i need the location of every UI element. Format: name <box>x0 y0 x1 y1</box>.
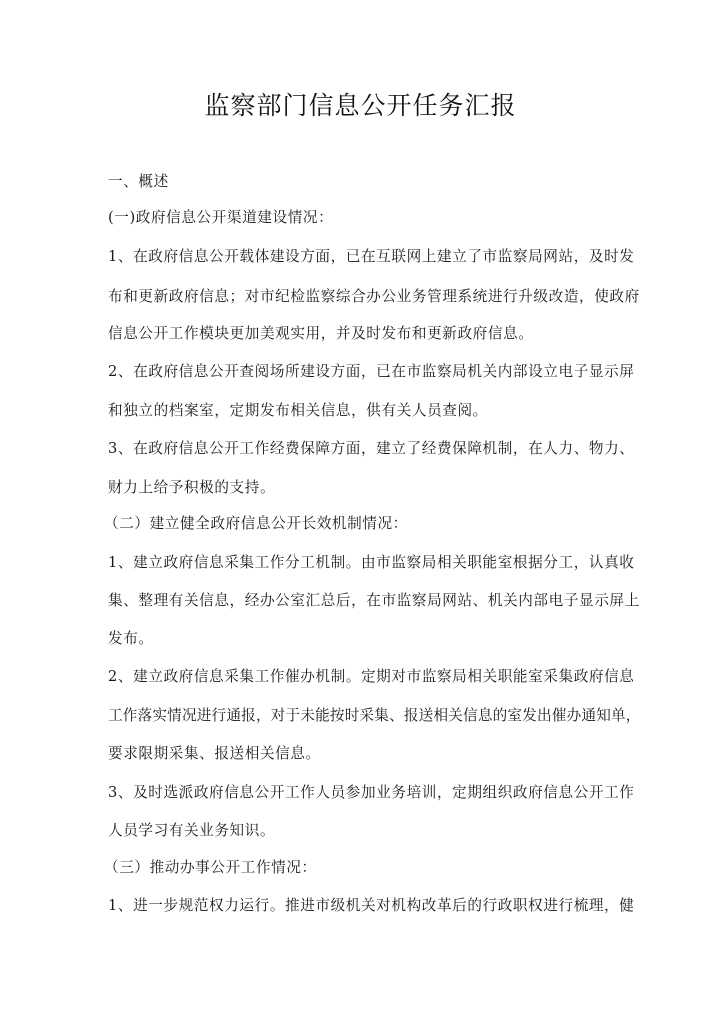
paragraph-line: 工作落实情况进行通报，对于未能按时采集、报送相关信息的室发出催办通知单， <box>108 706 620 726</box>
paragraph-line: 人员学习有关业务知识。 <box>108 821 620 841</box>
paragraph-line: 1、在政府信息公开载体建设方面，已在互联网上建立了市监察局网站，及时发 <box>108 247 620 267</box>
subsection-heading-2: （二）建立健全政府信息公开长效机制情况： <box>104 514 616 534</box>
document-page: 监察部门信息公开任务汇报 一、概述 (一)政府信息公开渠道建设情况： 1、在政府… <box>0 0 721 1020</box>
paragraph-line: 2、建立政府信息采集工作催办机制。定期对市监察局相关职能室采集政府信息 <box>108 667 620 687</box>
section-heading-overview: 一、概述 <box>108 172 620 192</box>
paragraph-line: 和独立的档案室，定期发布相关信息，供有关人员查阅。 <box>108 401 620 421</box>
paragraph-line: 3、及时选派政府信息公开工作人员参加业务培训，定期组织政府信息公开工作 <box>108 783 620 803</box>
paragraph-line: 2、在政府信息公开查阅场所建设方面，已在市监察局机关内部设立电子显示屏 <box>108 362 620 382</box>
paragraph-line: 财力上给予积极的支持。 <box>108 478 620 498</box>
document-title: 监察部门信息公开任务汇报 <box>0 86 721 126</box>
subsection-heading-3: （三）推动办事公开工作情况： <box>104 858 616 878</box>
paragraph-line: 信息公开工作模块更加美观实用，并及时发布和更新政府信息。 <box>108 324 620 344</box>
paragraph-line: 要求限期采集、报送相关信息。 <box>108 744 620 764</box>
paragraph-line: 集、整理有关信息，经办公室汇总后，在市监察局网站、机关内部电子显示屏上 <box>108 591 620 611</box>
subsection-heading-1: (一)政府信息公开渠道建设情况： <box>108 208 620 228</box>
paragraph-line: 发布。 <box>108 629 620 649</box>
paragraph-line: 1、进一步规范权力运行。推进市级机关对机构改革后的行政职权进行梳理，健 <box>108 896 620 916</box>
paragraph-line: 1、建立政府信息采集工作分工机制。由市监察局相关职能室根据分工，认真收 <box>108 553 620 573</box>
paragraph-line: 3、在政府信息公开工作经费保障方面，建立了经费保障机制，在人力、物力、 <box>108 439 620 459</box>
paragraph-line: 布和更新政府信息；对市纪检监察综合办公业务管理系统进行升级改造，使政府 <box>108 287 620 307</box>
